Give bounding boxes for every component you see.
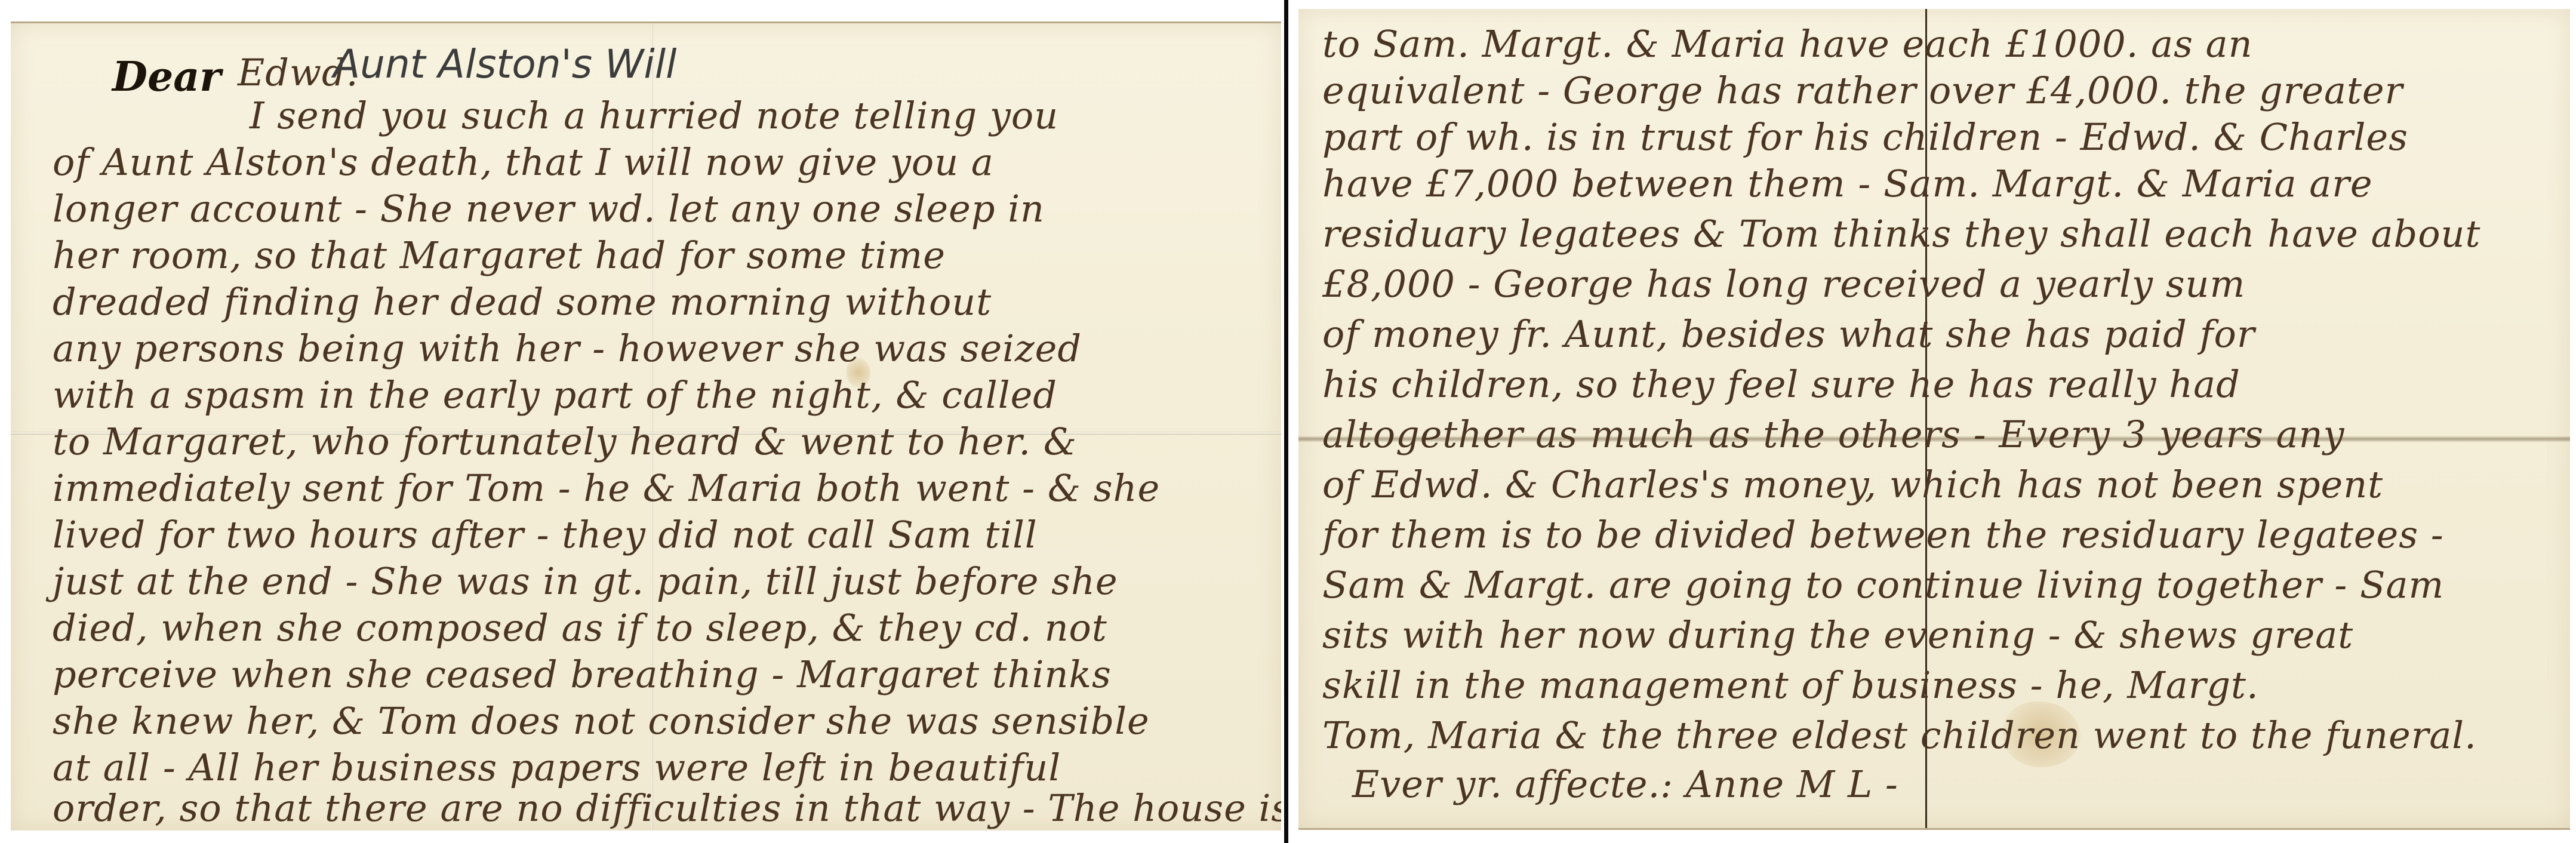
letter-line: skill in the management of business - he… (1322, 663, 2259, 707)
letter-line: sits with her now during the evening - &… (1322, 613, 2353, 657)
left-page-text: Dear Edwd. Aunt Alston's Will I send you… (11, 23, 1281, 830)
letter-line: died, when she composed as if to sleep, … (53, 606, 1107, 650)
letter-page-right: to Sam. Margt. & Maria have each £1000. … (1298, 9, 2570, 830)
letter-line: perceive when she ceased breathing - Mar… (53, 653, 1112, 696)
letter-line: I send you such a hurried note telling y… (250, 94, 1058, 137)
letter-line: order, so that there are no difficulties… (53, 786, 1281, 830)
letter-line: her room, so that Margaret had for some … (53, 233, 946, 277)
page-divider (1284, 0, 1288, 843)
letter-line: to Margaret, who fortunately heard & wen… (53, 420, 1077, 463)
letter-line: of Aunt Alston's death, that I will now … (53, 140, 994, 184)
right-page-text: to Sam. Margt. & Maria have each £1000. … (1298, 9, 2570, 828)
pencil-annotation: Aunt Alston's Will (333, 41, 676, 87)
letter-line: equivalent - George has rather over £4,0… (1322, 69, 2403, 112)
letter-page-left: Dear Edwd. Aunt Alston's Will I send you… (11, 21, 1281, 830)
letter-line: £8,000 - George has long received a year… (1322, 262, 2245, 306)
letter-line: of Edwd. & Charles's money, which has no… (1322, 463, 2383, 506)
letter-line: of money fr. Aunt, besides what she has … (1322, 312, 2255, 356)
letter-line: longer account - She never wd. let any o… (53, 187, 1045, 230)
letter-line: with a spasm in the early part of the ni… (53, 373, 1057, 417)
letter-line: Tom, Maria & the three eldest children w… (1322, 713, 2477, 757)
letter-line: any persons being with her - however she… (53, 327, 1082, 370)
letter-line: have £7,000 between them - Sam. Margt. &… (1322, 162, 2373, 205)
letter-line: residuary legatees & Tom thinks they sha… (1322, 212, 2480, 256)
letter-line: for them is to be divided between the re… (1322, 513, 2444, 556)
letter-line: lived for two hours after - they did not… (53, 513, 1038, 556)
letter-closing-signature: Ever yr. affecte.: Anne M L - (1352, 762, 1898, 806)
salutation: Dear (112, 53, 221, 101)
letter-line: immediately sent for Tom - he & Maria bo… (53, 466, 1160, 510)
letter-line: to Sam. Margt. & Maria have each £1000. … (1322, 22, 2253, 66)
letter-line: Sam & Margt. are going to continue livin… (1322, 563, 2444, 607)
letter-line: she knew her, & Tom does not consider sh… (53, 699, 1150, 743)
letter-line: his children, so they feel sure he has r… (1322, 362, 2240, 406)
letter-line: at all - All her business papers were le… (53, 746, 1061, 789)
letter-line: just at the end - She was in gt. pain, t… (53, 559, 1118, 603)
letter-line: altogether as much as the others - Every… (1322, 413, 2345, 456)
letter-line: part of wh. is in trust for his children… (1322, 115, 2408, 159)
letter-line: dreaded finding her dead some morning wi… (53, 280, 992, 324)
